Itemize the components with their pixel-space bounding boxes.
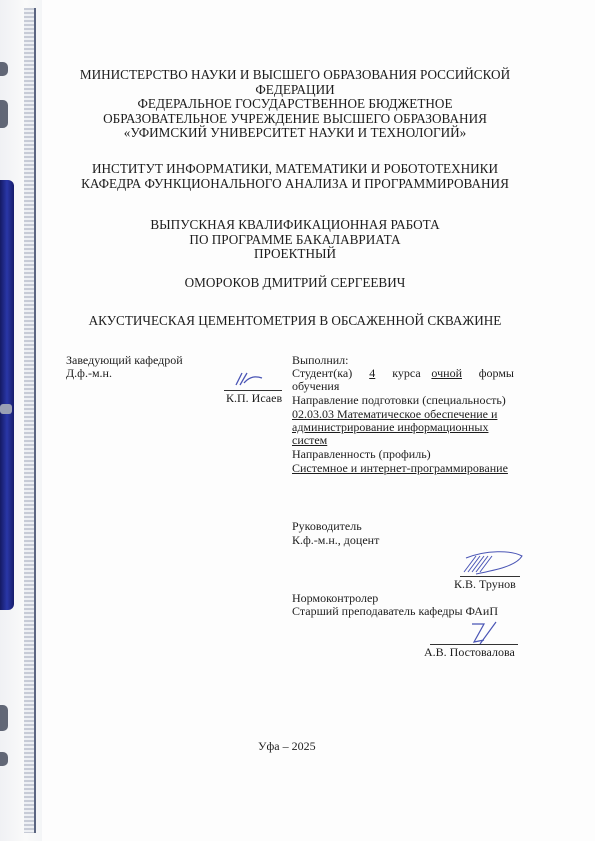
department-name: КАФЕДРА ФУНКЦИОНАЛЬНОГО АНАЛИЗА И ПРОГРА… (60, 177, 530, 192)
profile-value: Системное и интернет-программирование (292, 462, 508, 476)
signature-trunov-icon (456, 548, 526, 578)
ministry-block: МИНИСТЕРСТВО НАУКИ И ВЫСШЕГО ОБРАЗОВАНИЯ… (60, 68, 530, 141)
study-form-value: очной (424, 367, 470, 381)
profile-label: Направленность (профиль) (292, 448, 431, 462)
student-prefix: Студент(ка) (292, 366, 352, 380)
thesis-title: АКУСТИЧЕСКАЯ ЦЕМЕНТОМЕТРИЯ В ОБСАЖЕННОЙ … (60, 314, 530, 329)
form-word: формы (479, 366, 514, 380)
direction-line: систем (292, 434, 327, 448)
form-tail: обучения (292, 380, 339, 394)
ministry-line: ФЕДЕРАЛЬНОЕ ГОСУДАРСТВЕННОЕ БЮДЖЕТНОЕ (60, 97, 530, 112)
supervisor-name: К.В. Трунов (454, 578, 516, 592)
ministry-line: ФЕДЕРАЦИИ (60, 83, 530, 98)
work-type-block: ВЫПУСКНАЯ КВАЛИФИКАЦИОННАЯ РАБОТА ПО ПРО… (60, 218, 530, 262)
signature-isaev-icon (232, 370, 282, 388)
institute-block: ИНСТИТУТ ИНФОРМАТИКИ, МАТЕМАТИКИ И РОБОТ… (60, 162, 530, 191)
normcontroller-name: А.В. Постовалова (424, 646, 515, 660)
normcontroller-position: Старший преподаватель кафедры ФАиП (292, 605, 498, 619)
city-year: Уфа – 2025 (258, 740, 316, 754)
title-page: МИНИСТЕРСТВО НАУКИ И ВЫСШЕГО ОБРАЗОВАНИЯ… (0, 0, 595, 841)
course-word: курса (392, 366, 420, 380)
work-type-line: ПРОЕКТНЫЙ (60, 247, 530, 262)
course-value: 4 (355, 367, 389, 381)
author-name: ОМОРОКОВ ДМИТРИЙ СЕРГЕЕВИЧ (60, 276, 530, 291)
ministry-line: «УФИМСКИЙ УНИВЕРСИТЕТ НАУКИ И ТЕХНОЛОГИЙ… (60, 126, 530, 141)
supervisor-degree: К.ф.-м.н., доцент (292, 534, 379, 548)
ministry-line: ОБРАЗОВАТЕЛЬНОЕ УЧРЕЖДЕНИЕ ВЫСШЕГО ОБРАЗ… (60, 112, 530, 127)
ministry-line: МИНИСТЕРСТВО НАУКИ И ВЫСШЕГО ОБРАЗОВАНИЯ… (60, 68, 530, 83)
head-degree: Д.ф.-м.н. (66, 367, 112, 381)
work-type-line: ВЫПУСКНАЯ КВАЛИФИКАЦИОННАЯ РАБОТА (60, 218, 530, 233)
direction-label: Направление подготовки (специальность) (292, 394, 506, 408)
head-name: К.П. Исаев (226, 392, 282, 406)
work-type-line: ПО ПРОГРАММЕ БАКАЛАВРИАТА (60, 233, 530, 248)
institute-name: ИНСТИТУТ ИНФОРМАТИКИ, МАТЕМАТИКИ И РОБОТ… (60, 162, 530, 177)
supervisor-role: Руководитель (292, 520, 362, 534)
